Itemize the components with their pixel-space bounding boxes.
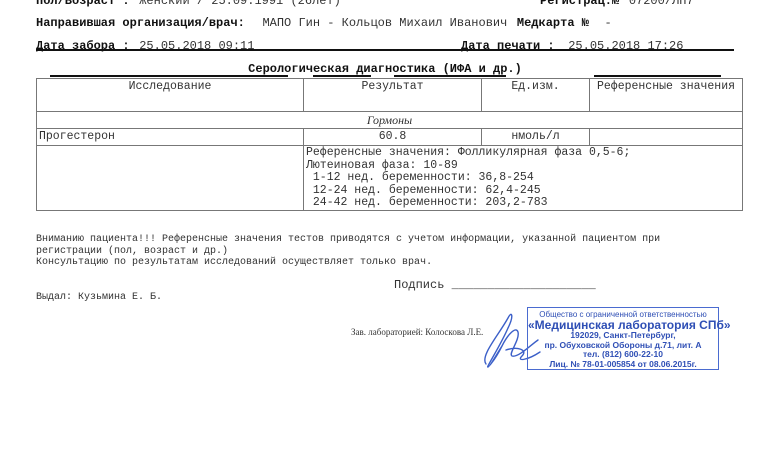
- print-date-row: Дата печати : 25.05.2018 17:26: [461, 36, 683, 54]
- reference-note: Референсные значения: Фолликулярная фаза…: [304, 146, 743, 211]
- lab-stamp: Общество с ограниченной ответственностью…: [527, 307, 719, 370]
- note-empty-cell: [37, 146, 304, 211]
- notice-line-1: Вниманию пациента!!! Референсные значени…: [36, 234, 660, 246]
- test-name: Прогестерон: [37, 129, 304, 146]
- medcard-label: Медкарта №: [517, 16, 589, 30]
- test-result: 60.8: [304, 129, 482, 146]
- header-divider: [36, 49, 734, 51]
- table-row: Прогестерон 60.8 нмоль/л: [37, 129, 743, 146]
- sex-age-value: Женский / 25.09.1991 (26лет): [139, 0, 341, 8]
- sex-age-row: Пол/Возраст : Женский / 25.09.1991 (26ле…: [36, 0, 341, 9]
- group-row: Гормоны: [37, 112, 743, 129]
- registration-label: Регистрац.№: [540, 0, 619, 8]
- section-title: Серологическая диагностика (ИФА и др.): [0, 62, 770, 76]
- sex-age-label: Пол/Возраст :: [36, 0, 130, 8]
- medcard-value: -: [605, 16, 612, 30]
- reference-note-row: Референсные значения: Фолликулярная фаза…: [37, 146, 743, 211]
- referrer-label: Направившая организация/врач:: [36, 16, 245, 30]
- col-header-unit: Ед.изм.: [482, 79, 590, 112]
- signature-line: ____________________: [452, 278, 596, 292]
- issued-by: Выдал: Кузьмина Е. Б.: [36, 292, 162, 303]
- patient-notice: Вниманию пациента!!! Референсные значени…: [36, 234, 660, 269]
- notice-line-3: Консультацию по результатам исследований…: [36, 257, 660, 269]
- registration-row: Регистрац.№ 07200/ЛП7: [540, 0, 694, 9]
- table-header-row: Исследование Результат Ед.изм. Референсн…: [37, 79, 743, 112]
- title-underline-left: [50, 75, 288, 77]
- note-line: Референсные значения: Фолликулярная фаза…: [306, 147, 740, 160]
- signature-row: Подпись ____________________: [394, 278, 596, 292]
- lab-head: Зав. лабораторией: Колоскова Л.Е.: [351, 327, 483, 337]
- col-header-result: Результат: [304, 79, 482, 112]
- col-header-reference: Референсные значения: [590, 79, 743, 112]
- results-table: Исследование Результат Ед.изм. Референсн…: [36, 78, 743, 211]
- col-header-test: Исследование: [37, 79, 304, 112]
- referrer-row: Направившая организация/врач: МАПО Гин -…: [36, 13, 612, 31]
- stamp-line-6: Лиц. № 78-01-005854 от 08.06.2015г.: [528, 360, 718, 370]
- referrer-value: МАПО Гин - Кольцов Михаил Иванович: [262, 16, 507, 30]
- note-line: 1-12 нед. беременности: 36,8-254: [306, 172, 740, 185]
- test-unit: нмоль/л: [482, 129, 590, 146]
- group-name: Гормоны: [37, 112, 743, 129]
- title-underline-right: [594, 75, 721, 77]
- title-underline-mid2: [394, 75, 506, 77]
- signature-label: Подпись: [394, 278, 444, 292]
- registration-value: 07200/ЛП7: [629, 0, 694, 8]
- title-underline-mid: [313, 75, 371, 77]
- notice-line-2: регистрации (пол, возраст и др.): [36, 246, 660, 258]
- test-reference: [590, 129, 743, 146]
- sample-date-row: Дата забора : 25.05.2018 09:11: [36, 36, 254, 54]
- note-line: 24-42 нед. беременности: 203,2-783: [306, 197, 740, 210]
